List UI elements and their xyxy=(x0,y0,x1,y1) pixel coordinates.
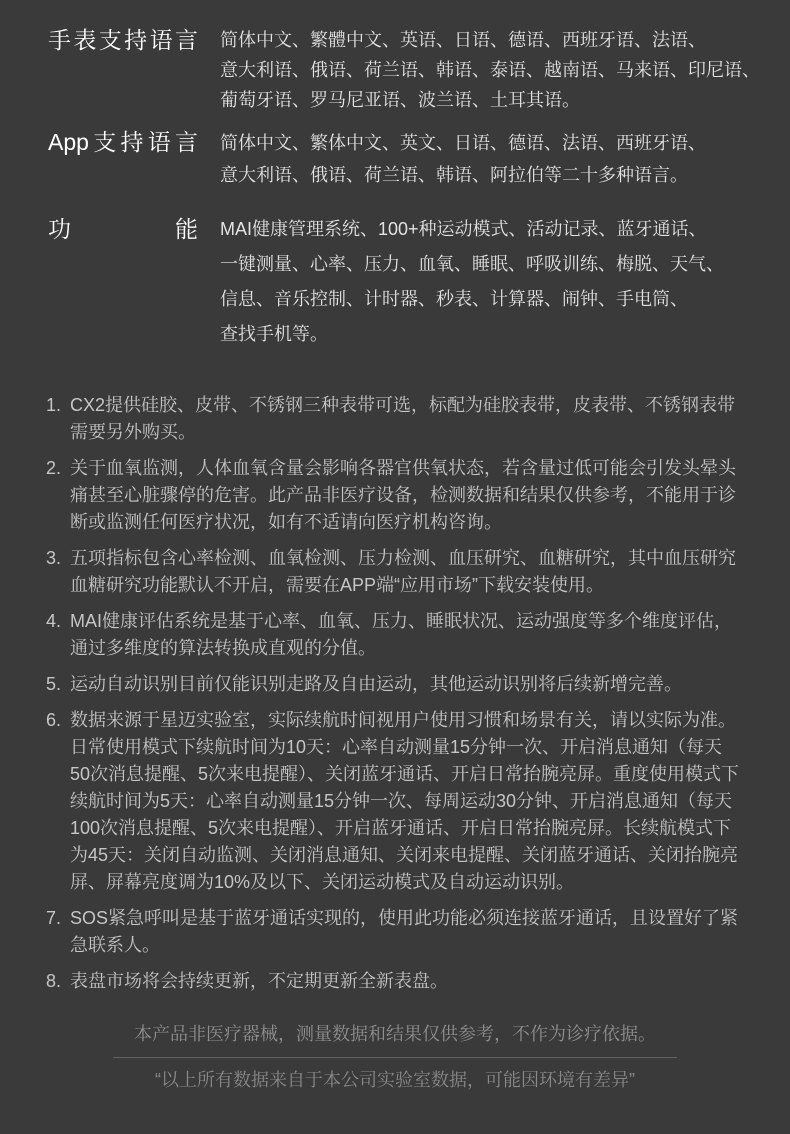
note-text: MAI健康评估系统是基于心率、血氧、压力、睡眠状况、运动强度等多个维度评估，通过… xyxy=(70,608,742,662)
spec-label-char: 支 xyxy=(99,25,122,55)
note-number: 6. xyxy=(46,707,70,896)
spec-label-functions: 功 能 xyxy=(48,212,198,247)
spec-label-char: 支 xyxy=(93,127,116,157)
note-item: 1. CX2提供硅胶、皮带、不锈钢三种表带可选，标配为硅胶表带，皮表带、不锈钢表… xyxy=(46,392,746,446)
note-item: 3. 五项指标包含心率检测、血氧检测、压力检测、血压研究、血糖研究，其中血压研究… xyxy=(46,545,746,599)
spec-value-line: 葡萄牙语、罗马尼亚语、波兰语、土耳其语。 xyxy=(220,85,760,115)
spec-row-watch-languages: 手 表 支 持 语 言 简体中文、繁體中文、英语、日语、德语、西班牙语、法语、 … xyxy=(48,25,750,115)
spec-value-watch-languages: 简体中文、繁體中文、英语、日语、德语、西班牙语、法语、 意大利语、俄语、荷兰语、… xyxy=(220,25,760,115)
note-number: 1. xyxy=(46,392,70,446)
note-item: 6. 数据来源于星迈实验室，实际续航时间视用户使用习惯和场景有关，请以实际为准。… xyxy=(46,707,746,896)
note-text: CX2提供硅胶、皮带、不锈钢三种表带可选，标配为硅胶表带，皮表带、不锈钢表带需要… xyxy=(70,392,742,446)
note-text: 运动自动识别目前仅能识别走路及自由运动，其他运动识别将后续新增完善。 xyxy=(70,671,742,698)
divider xyxy=(113,1057,677,1058)
note-item: 8. 表盘市场将会持续更新，不定期更新全新表盘。 xyxy=(46,968,746,995)
spec-value-functions: MAI健康管理系统、100+种运动模式、活动记录、蓝牙通话、 一键测量、心率、压… xyxy=(220,212,724,352)
product-spec-page: 手 表 支 持 语 言 简体中文、繁體中文、英语、日语、德语、西班牙语、法语、 … xyxy=(0,0,790,1092)
note-number: 3. xyxy=(46,545,70,599)
spec-row-functions: 功 能 MAI健康管理系统、100+种运动模式、活动记录、蓝牙通话、 一键测量、… xyxy=(48,212,750,352)
note-text: SOS紧急呼叫是基于蓝牙通话实现的，使用此功能必须连接蓝牙通话，且设置好了紧急联… xyxy=(70,905,742,959)
spec-label-char: 语 xyxy=(150,25,173,55)
spec-label-char: 言 xyxy=(175,127,198,157)
note-text: 表盘市场将会持续更新，不定期更新全新表盘。 xyxy=(70,968,742,995)
notes-section: 1. CX2提供硅胶、皮带、不锈钢三种表带可选，标配为硅胶表带，皮表带、不锈钢表… xyxy=(46,392,746,995)
spec-label-char: 言 xyxy=(175,25,198,55)
note-item: 2. 关于血氧监测，人体血氧含量会影响各器官供氧状态，若含量过低可能会引发头晕头… xyxy=(46,455,746,536)
spec-label-char: App xyxy=(48,127,89,157)
spec-value-line: MAI健康管理系统、100+种运动模式、活动记录、蓝牙通话、 xyxy=(220,212,724,247)
spec-section: 手 表 支 持 语 言 简体中文、繁體中文、英语、日语、德语、西班牙语、法语、 … xyxy=(0,0,790,352)
spec-value-line: 简体中文、繁体中文、英文、日语、德语、法语、西班牙语、 xyxy=(220,127,706,159)
note-number: 8. xyxy=(46,968,70,995)
spec-row-app-languages: App 支 持 语 言 简体中文、繁体中文、英文、日语、德语、法语、西班牙语、 … xyxy=(48,127,750,191)
spec-label-watch-languages: 手 表 支 持 语 言 xyxy=(48,25,198,55)
spec-value-line: 一键测量、心率、压力、血氧、睡眠、呼吸训练、梅脱、天气、 xyxy=(220,247,724,282)
spec-value-line: 查找手机等。 xyxy=(220,317,724,352)
spec-label-char: 持 xyxy=(120,127,143,157)
spec-value-line: 信息、音乐控制、计时器、秒表、计算器、闹钟、手电筒、 xyxy=(220,282,724,317)
note-number: 2. xyxy=(46,455,70,536)
spec-label-char: 语 xyxy=(148,127,171,157)
spec-label-char: 能 xyxy=(175,212,198,247)
spec-label-char: 表 xyxy=(73,25,96,55)
spec-value-app-languages: 简体中文、繁体中文、英文、日语、德语、法语、西班牙语、 意大利语、俄语、荷兰语、… xyxy=(220,127,706,191)
note-text: 数据来源于星迈实验室，实际续航时间视用户使用习惯和场景有关，请以实际为准。日常使… xyxy=(70,707,742,896)
medical-disclaimer-text: 本产品非医疗器械，测量数据和结果仅供参考，不作为诊疗依据。 xyxy=(0,1023,790,1045)
note-number: 4. xyxy=(46,608,70,662)
spec-value-line: 意大利语、俄语、荷兰语、韩语、阿拉伯等二十多种语言。 xyxy=(220,159,706,191)
note-number: 7. xyxy=(46,905,70,959)
spec-value-line: 简体中文、繁體中文、英语、日语、德语、西班牙语、法语、 xyxy=(220,25,760,55)
note-text: 关于血氧监测，人体血氧含量会影响各器官供氧状态，若含量过低可能会引发头晕头痛甚至… xyxy=(70,455,742,536)
note-item: 4. MAI健康评估系统是基于心率、血氧、压力、睡眠状况、运动强度等多个维度评估… xyxy=(46,608,746,662)
note-text: 五项指标包含心率检测、血氧检测、压力检测、血压研究、血糖研究，其中血压研究血糖研… xyxy=(70,545,742,599)
note-item: 7. SOS紧急呼叫是基于蓝牙通话实现的，使用此功能必须连接蓝牙通话，且设置好了… xyxy=(46,905,746,959)
note-number: 5. xyxy=(46,671,70,698)
spec-label-char: 功 xyxy=(48,212,71,247)
spec-label-app-languages: App 支 持 语 言 xyxy=(48,127,198,157)
spec-label-char: 持 xyxy=(124,25,147,55)
spec-label-char: 手 xyxy=(48,25,71,55)
lab-data-quote: “以上所有数据来自于本公司实验室数据，可能因环境有差异” xyxy=(0,1068,790,1092)
footer: 本产品非医疗器械，测量数据和结果仅供参考，不作为诊疗依据。 “以上所有数据来自于… xyxy=(0,1023,790,1092)
note-item: 5. 运动自动识别目前仅能识别走路及自由运动，其他运动识别将后续新增完善。 xyxy=(46,671,746,698)
spec-value-line: 意大利语、俄语、荷兰语、韩语、泰语、越南语、马来语、印尼语、 xyxy=(220,55,760,85)
